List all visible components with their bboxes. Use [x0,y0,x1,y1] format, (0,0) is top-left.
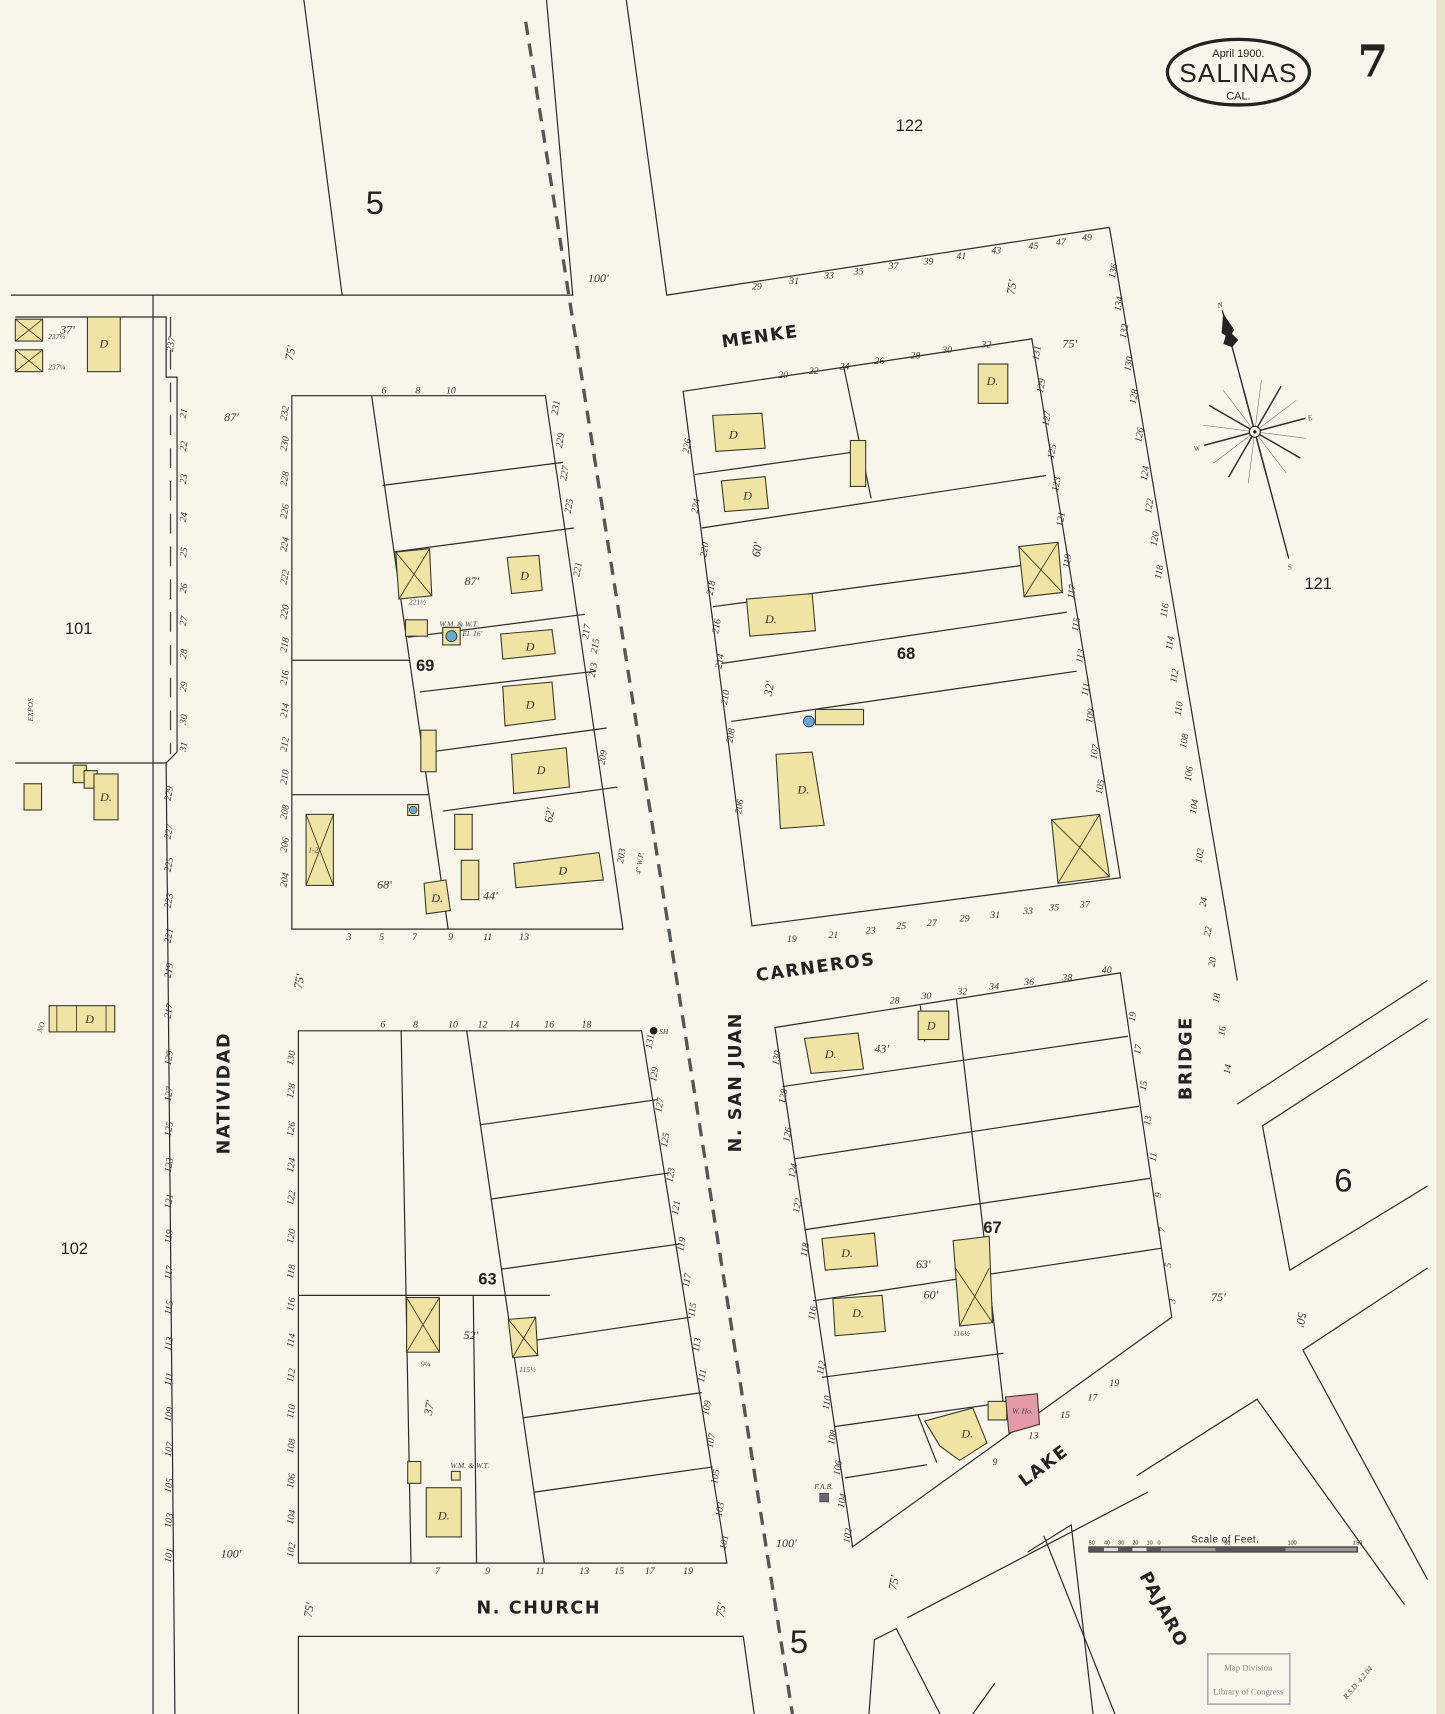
svg-text:D.: D. [986,374,999,388]
svg-text:100: 100 [1288,1541,1297,1547]
windmill-tank-icon [446,631,457,642]
sheet-number: 7 [1358,37,1388,88]
svg-text:11: 11 [536,1566,545,1577]
svg-text:D.: D. [851,1306,864,1320]
svg-text:D: D [742,489,752,503]
svg-text:52': 52' [463,1328,478,1342]
svg-text:9¼: 9¼ [421,1359,431,1368]
svg-text:44': 44' [483,889,498,903]
svg-text:11: 11 [1147,1152,1159,1163]
svg-text:50: 50 [1224,1541,1230,1547]
svg-text:D.: D. [840,1246,853,1260]
svg-text:17: 17 [645,1566,656,1577]
svg-text:30: 30 [920,991,931,1002]
svg-text:20: 20 [778,370,788,381]
svg-text:29: 29 [960,913,970,924]
svg-text:22: 22 [1202,926,1215,938]
svg-text:37: 37 [888,261,900,272]
svg-text:D: D [519,568,529,582]
svg-text:75': 75' [301,1601,317,1618]
svg-text:38: 38 [1061,973,1072,984]
svg-text:D.: D. [430,891,443,905]
svg-text:29: 29 [178,681,191,693]
svg-text:13: 13 [1142,1115,1155,1127]
svg-text:D: D [84,1012,94,1026]
svg-text:D: D [728,427,738,441]
page-edge [1436,0,1445,1714]
svg-text:35: 35 [1048,903,1059,914]
svg-text:68': 68' [377,878,392,892]
svg-text:D: D [558,863,568,877]
svg-text:9: 9 [485,1566,490,1577]
svg-text:14: 14 [509,1020,519,1031]
svg-text:9: 9 [448,932,453,943]
svg-text:32': 32' [761,680,778,698]
svg-text:37': 37' [421,1399,438,1417]
street-n-church: N. CHURCH [477,1598,602,1618]
block-number-69: 69 [416,657,434,675]
svg-text:50': 50' [1293,1311,1309,1328]
sanborn-map: April 1900. SALINAS CAL. 7 5 5 6 122 121… [0,0,1445,1714]
svg-text:26: 26 [178,582,191,594]
svg-text:22: 22 [809,366,819,377]
svg-text:24: 24 [178,511,191,523]
svg-text:32: 32 [981,340,992,351]
svg-text:150: 150 [1353,1541,1362,1547]
svg-text:D: D [98,337,108,351]
svg-text:75': 75' [282,344,298,361]
svg-text:31: 31 [989,910,1000,921]
svg-text:21: 21 [178,408,191,420]
adjacent-sheet-bottom: 5 [790,1623,808,1660]
svg-text:75': 75' [1004,278,1020,295]
svg-text:16: 16 [544,1020,554,1031]
cartouche-state: CAL. [1226,90,1250,102]
block-number-68: 68 [897,645,915,663]
block-number-67: 67 [983,1219,1001,1237]
svg-text:45: 45 [1029,241,1039,252]
svg-text:20: 20 [1206,956,1219,968]
svg-text:W.M. & W.T.: W.M. & W.T. [439,619,478,628]
svg-text:100': 100' [221,1547,242,1561]
svg-text:75': 75' [713,1601,729,1618]
svg-text:63': 63' [916,1257,931,1271]
svg-text:23: 23 [178,473,191,485]
svg-text:87': 87' [465,574,480,588]
svg-text:17: 17 [1088,1392,1099,1403]
svg-text:W.M. & W.T.: W.M. & W.T. [450,1461,489,1470]
svg-text:27: 27 [927,918,938,929]
windmill-tank-icon-3 [803,716,814,727]
svg-text:29: 29 [752,282,762,293]
svg-text:8: 8 [415,386,420,397]
svg-text:33: 33 [823,271,834,282]
svg-text:15: 15 [614,1566,624,1577]
block-number-121: 121 [1305,575,1332,593]
svg-text:D.: D. [797,783,810,797]
svg-text:0: 0 [1158,1541,1161,1547]
expos-label: EXPOS [26,698,35,723]
svg-text:111: 111 [696,1368,709,1383]
block-number-101: 101 [65,620,92,638]
svg-text:34: 34 [988,981,999,992]
svg-text:62': 62' [541,806,557,823]
sh-label: SH [659,1027,669,1036]
svg-text:49: 49 [1082,232,1092,243]
svg-text:13: 13 [579,1566,589,1577]
svg-text:23: 23 [866,926,876,937]
svg-text:75': 75' [1062,337,1077,351]
svg-text:10: 10 [446,386,456,397]
svg-text:6: 6 [380,1020,385,1031]
svg-text:D.: D. [437,1508,450,1522]
svg-text:36: 36 [1023,977,1034,988]
svg-text:25: 25 [896,921,906,932]
fire-alarm-box-icon [820,1493,829,1502]
svg-text:60': 60' [749,541,765,558]
svg-text:32: 32 [957,987,968,998]
svg-text:20: 20 [1132,1541,1138,1547]
svg-text:39: 39 [923,257,934,268]
svg-text:D.: D. [960,1426,973,1440]
svg-text:18: 18 [1211,992,1224,1004]
street-natividad: NATIVIDAD [215,1032,235,1155]
svg-text:31: 31 [178,741,191,754]
svg-text:30: 30 [178,714,191,727]
svg-text:31: 31 [788,276,799,287]
svg-text:111: 111 [163,1372,176,1387]
svg-text:30: 30 [941,345,952,356]
svg-text:11: 11 [483,932,492,943]
svg-text:37: 37 [1079,899,1091,910]
svg-text:9: 9 [992,1457,997,1468]
block-number-122: 122 [896,117,923,135]
svg-text:Map Division: Map Division [1224,1662,1273,1672]
svg-text:50: 50 [1089,1541,1095,1547]
block-number-102: 102 [61,1240,88,1258]
svg-text:D.: D. [99,790,112,804]
svg-text:10: 10 [448,1020,458,1031]
svg-text:75': 75' [1211,1290,1226,1304]
block-number-63: 63 [478,1270,496,1288]
svg-text:43: 43 [991,246,1001,257]
svg-text:26: 26 [874,356,884,367]
svg-text:100': 100' [776,1536,797,1550]
street-n-san-juan: N. SAN JUAN [726,1012,746,1152]
svg-text:D: D [926,1019,936,1033]
svg-text:10: 10 [1147,1541,1153,1547]
svg-text:221½: 221½ [409,597,426,606]
svg-text:28: 28 [178,648,191,660]
svg-text:El. 16': El. 16' [461,629,482,638]
svg-text:D.: D. [764,612,777,626]
svg-text:3: 3 [345,932,351,943]
svg-text:12: 12 [478,1020,488,1031]
svg-text:28: 28 [890,995,900,1006]
svg-text:21: 21 [829,930,839,941]
svg-text:13: 13 [519,932,529,943]
svg-text:75': 75' [291,973,307,990]
svg-text:22: 22 [178,440,191,452]
svg-text:60': 60' [924,1288,939,1302]
svg-text:8: 8 [413,1020,418,1031]
svg-text:116½: 116½ [953,1329,970,1338]
windmill-tank-icon-2 [409,806,417,814]
svg-text:87': 87' [224,410,239,424]
svg-text:5: 5 [379,932,384,943]
svg-text:47: 47 [1056,237,1067,248]
paper-background [0,0,1445,1714]
svg-text:18: 18 [581,1020,591,1031]
svg-text:40: 40 [1104,1541,1110,1547]
svg-text:16: 16 [1216,1025,1229,1037]
svg-text:19: 19 [683,1566,693,1577]
svg-text:19: 19 [787,934,797,945]
svg-text:35: 35 [853,266,864,277]
svg-text:24: 24 [1198,896,1211,908]
svg-text:28: 28 [911,351,921,362]
title-cartouche: April 1900. SALINAS CAL. [1167,39,1309,105]
svg-text:24: 24 [839,361,849,372]
svg-text:D: D [525,697,535,711]
svg-text:100': 100' [588,271,609,285]
svg-text:75': 75' [885,1574,901,1591]
adjacent-sheet-top-left: 5 [366,184,384,221]
sh-marker-icon [650,1027,658,1035]
svg-text:237¼: 237¼ [48,362,65,371]
svg-text:115½: 115½ [519,1365,536,1374]
svg-text:40: 40 [1102,965,1112,976]
svg-text:F.A.B.: F.A.B. [813,1482,833,1491]
svg-text:43': 43' [874,1042,889,1056]
svg-text:13: 13 [1029,1431,1039,1442]
svg-text:33: 33 [1022,906,1033,917]
svg-text:D: D [525,639,535,653]
svg-text:Library of Congress: Library of Congress [1213,1686,1284,1696]
svg-text:41: 41 [956,251,966,262]
svg-text:D: D [536,763,546,777]
svg-text:30: 30 [1118,1541,1124,1547]
cartouche-city: SALINAS [1179,58,1297,88]
svg-text:19: 19 [1127,1011,1140,1023]
svg-text:25: 25 [178,546,191,558]
svg-text:D.: D. [824,1047,837,1061]
svg-text:W. Ho.: W. Ho. [1012,1406,1033,1415]
svg-text:15: 15 [1060,1410,1070,1421]
svg-text:1-2: 1-2 [308,846,318,855]
svg-text:37': 37' [59,322,75,336]
adjacent-sheet-right: 6 [1334,1161,1352,1198]
svg-text:19: 19 [1109,1378,1119,1389]
svg-text:111: 111 [1080,682,1093,697]
svg-text:14: 14 [1222,1063,1235,1075]
street-bridge: BRIDGE [1176,1016,1196,1100]
svg-text:6: 6 [381,386,386,397]
svg-text:15: 15 [1138,1080,1151,1092]
